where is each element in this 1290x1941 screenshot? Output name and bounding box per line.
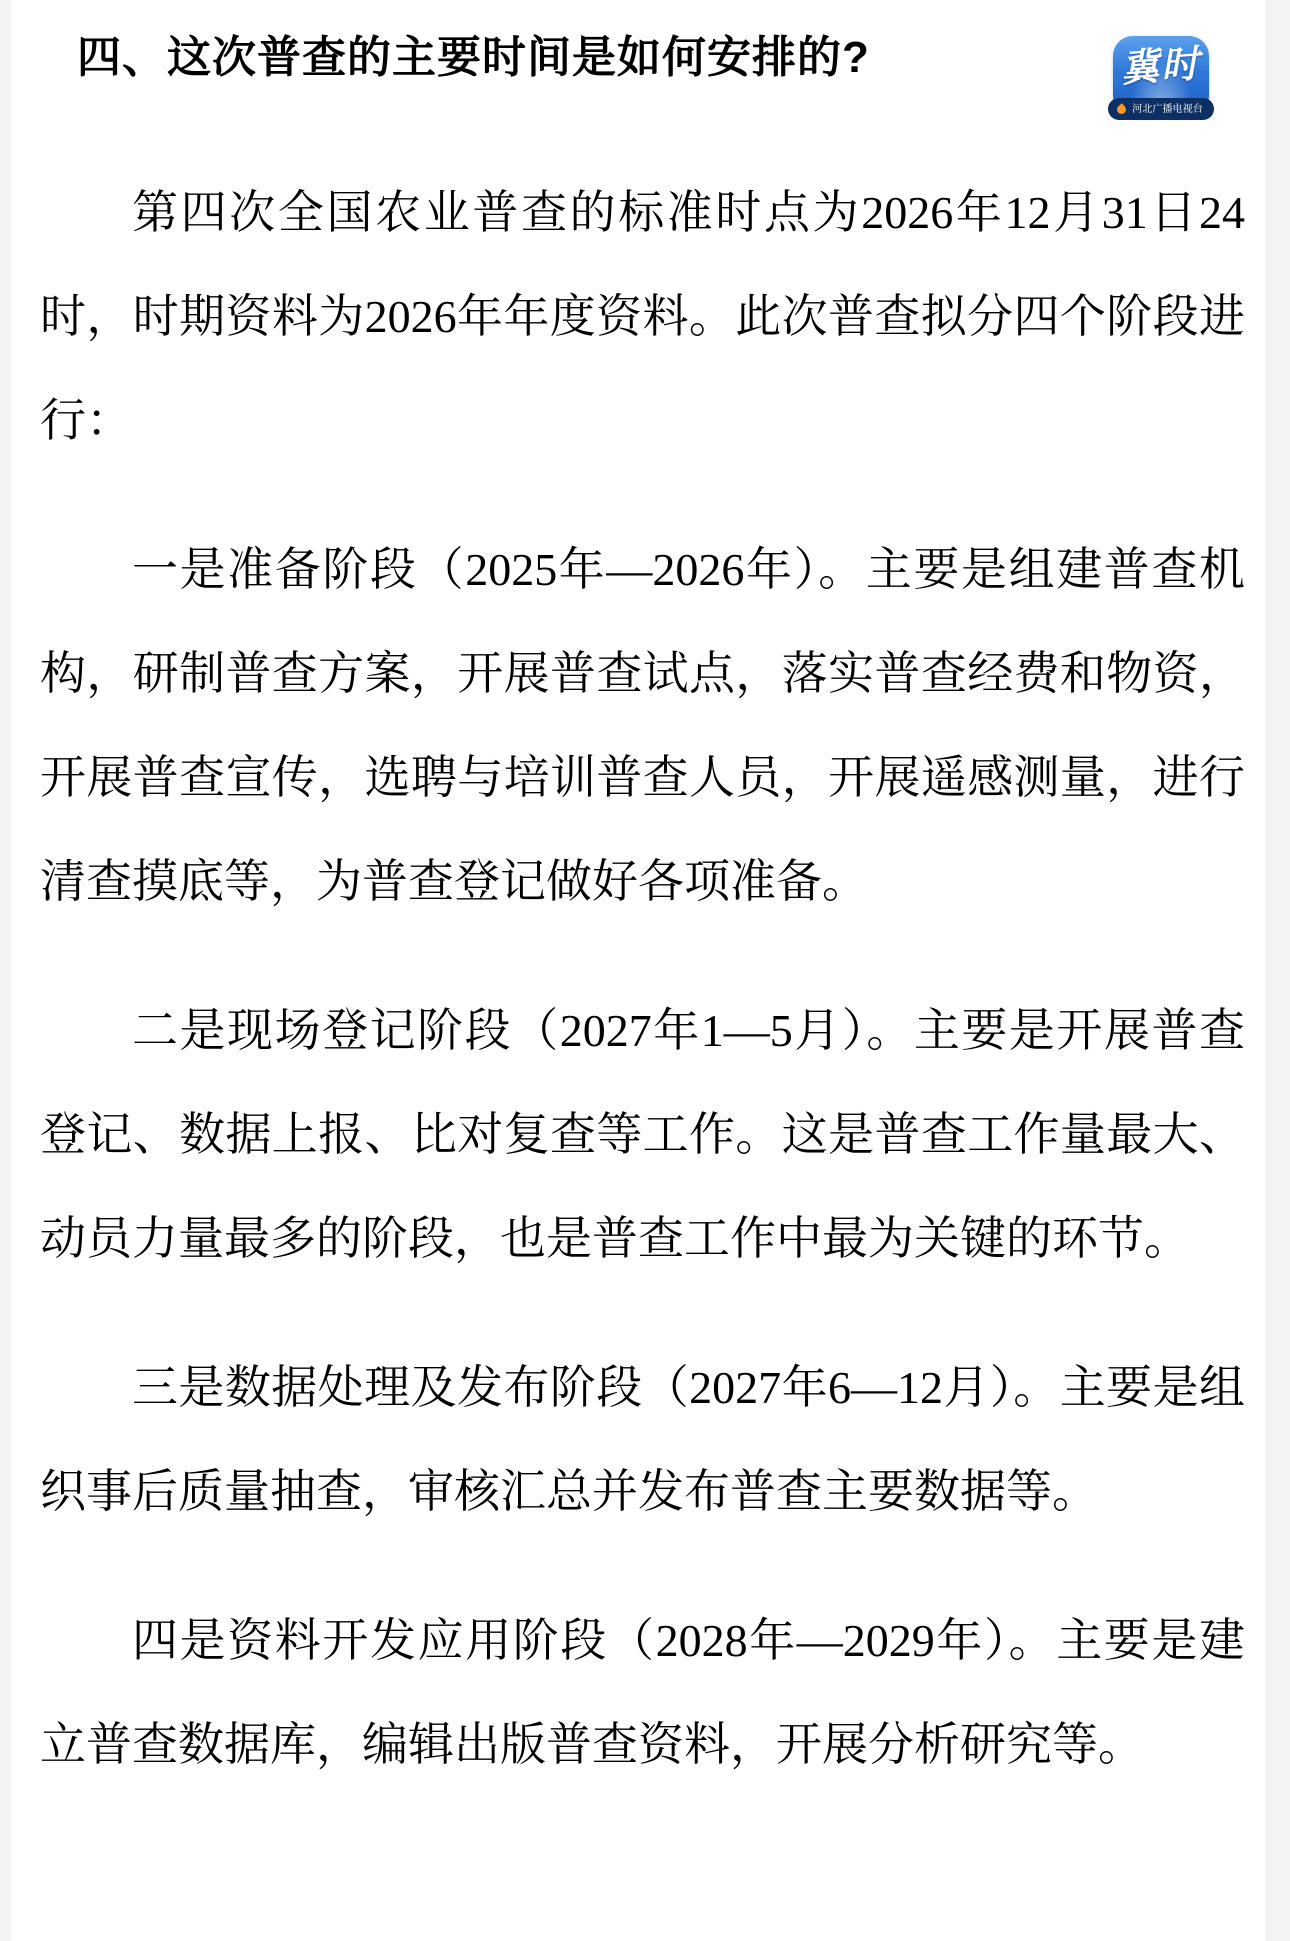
paragraph-stage-2-registration: 二是现场登记阶段（2027年1—5月）。主要是开展普查登记、数据上报、比对复查等…: [40, 979, 1245, 1291]
jishi-app-logo: 冀时 河北广播电视台: [1108, 36, 1214, 124]
paragraph-stage-4-application: 四是资料开发应用阶段（2028年—2029年）。主要是建立普查数据库，编辑出版普…: [40, 1589, 1245, 1797]
article-page: 四、这次普查的主要时间是如何安排的? 第四次全国农业普查的标准时点为2026年1…: [0, 0, 1290, 1941]
paragraph-standard-time: 第四次全国农业普查的标准时点为2026年12月31日24时，时期资料为2026年…: [40, 161, 1245, 473]
page-title: 四、这次普查的主要时间是如何安排的?: [77, 30, 1245, 86]
logo-station-name: 河北广播电视台: [1132, 104, 1203, 114]
logo-station-banner: 河北广播电视台: [1108, 98, 1214, 120]
right-gutter: [1265, 0, 1290, 1941]
flame-icon: [1115, 103, 1128, 116]
logo-app-name: 冀时: [1112, 43, 1211, 92]
article-content: 四、这次普查的主要时间是如何安排的? 第四次全国农业普查的标准时点为2026年1…: [11, 0, 1265, 1941]
paragraph-stage-1-preparation: 一是准备阶段（2025年—2026年）。主要是组建普查机构，研制普查方案，开展普…: [40, 518, 1245, 934]
paragraph-stage-3-data-release: 三是数据处理及发布阶段（2027年6—12月）。主要是组织事后质量抽查，审核汇总…: [40, 1336, 1245, 1544]
left-gutter: [0, 0, 11, 1941]
